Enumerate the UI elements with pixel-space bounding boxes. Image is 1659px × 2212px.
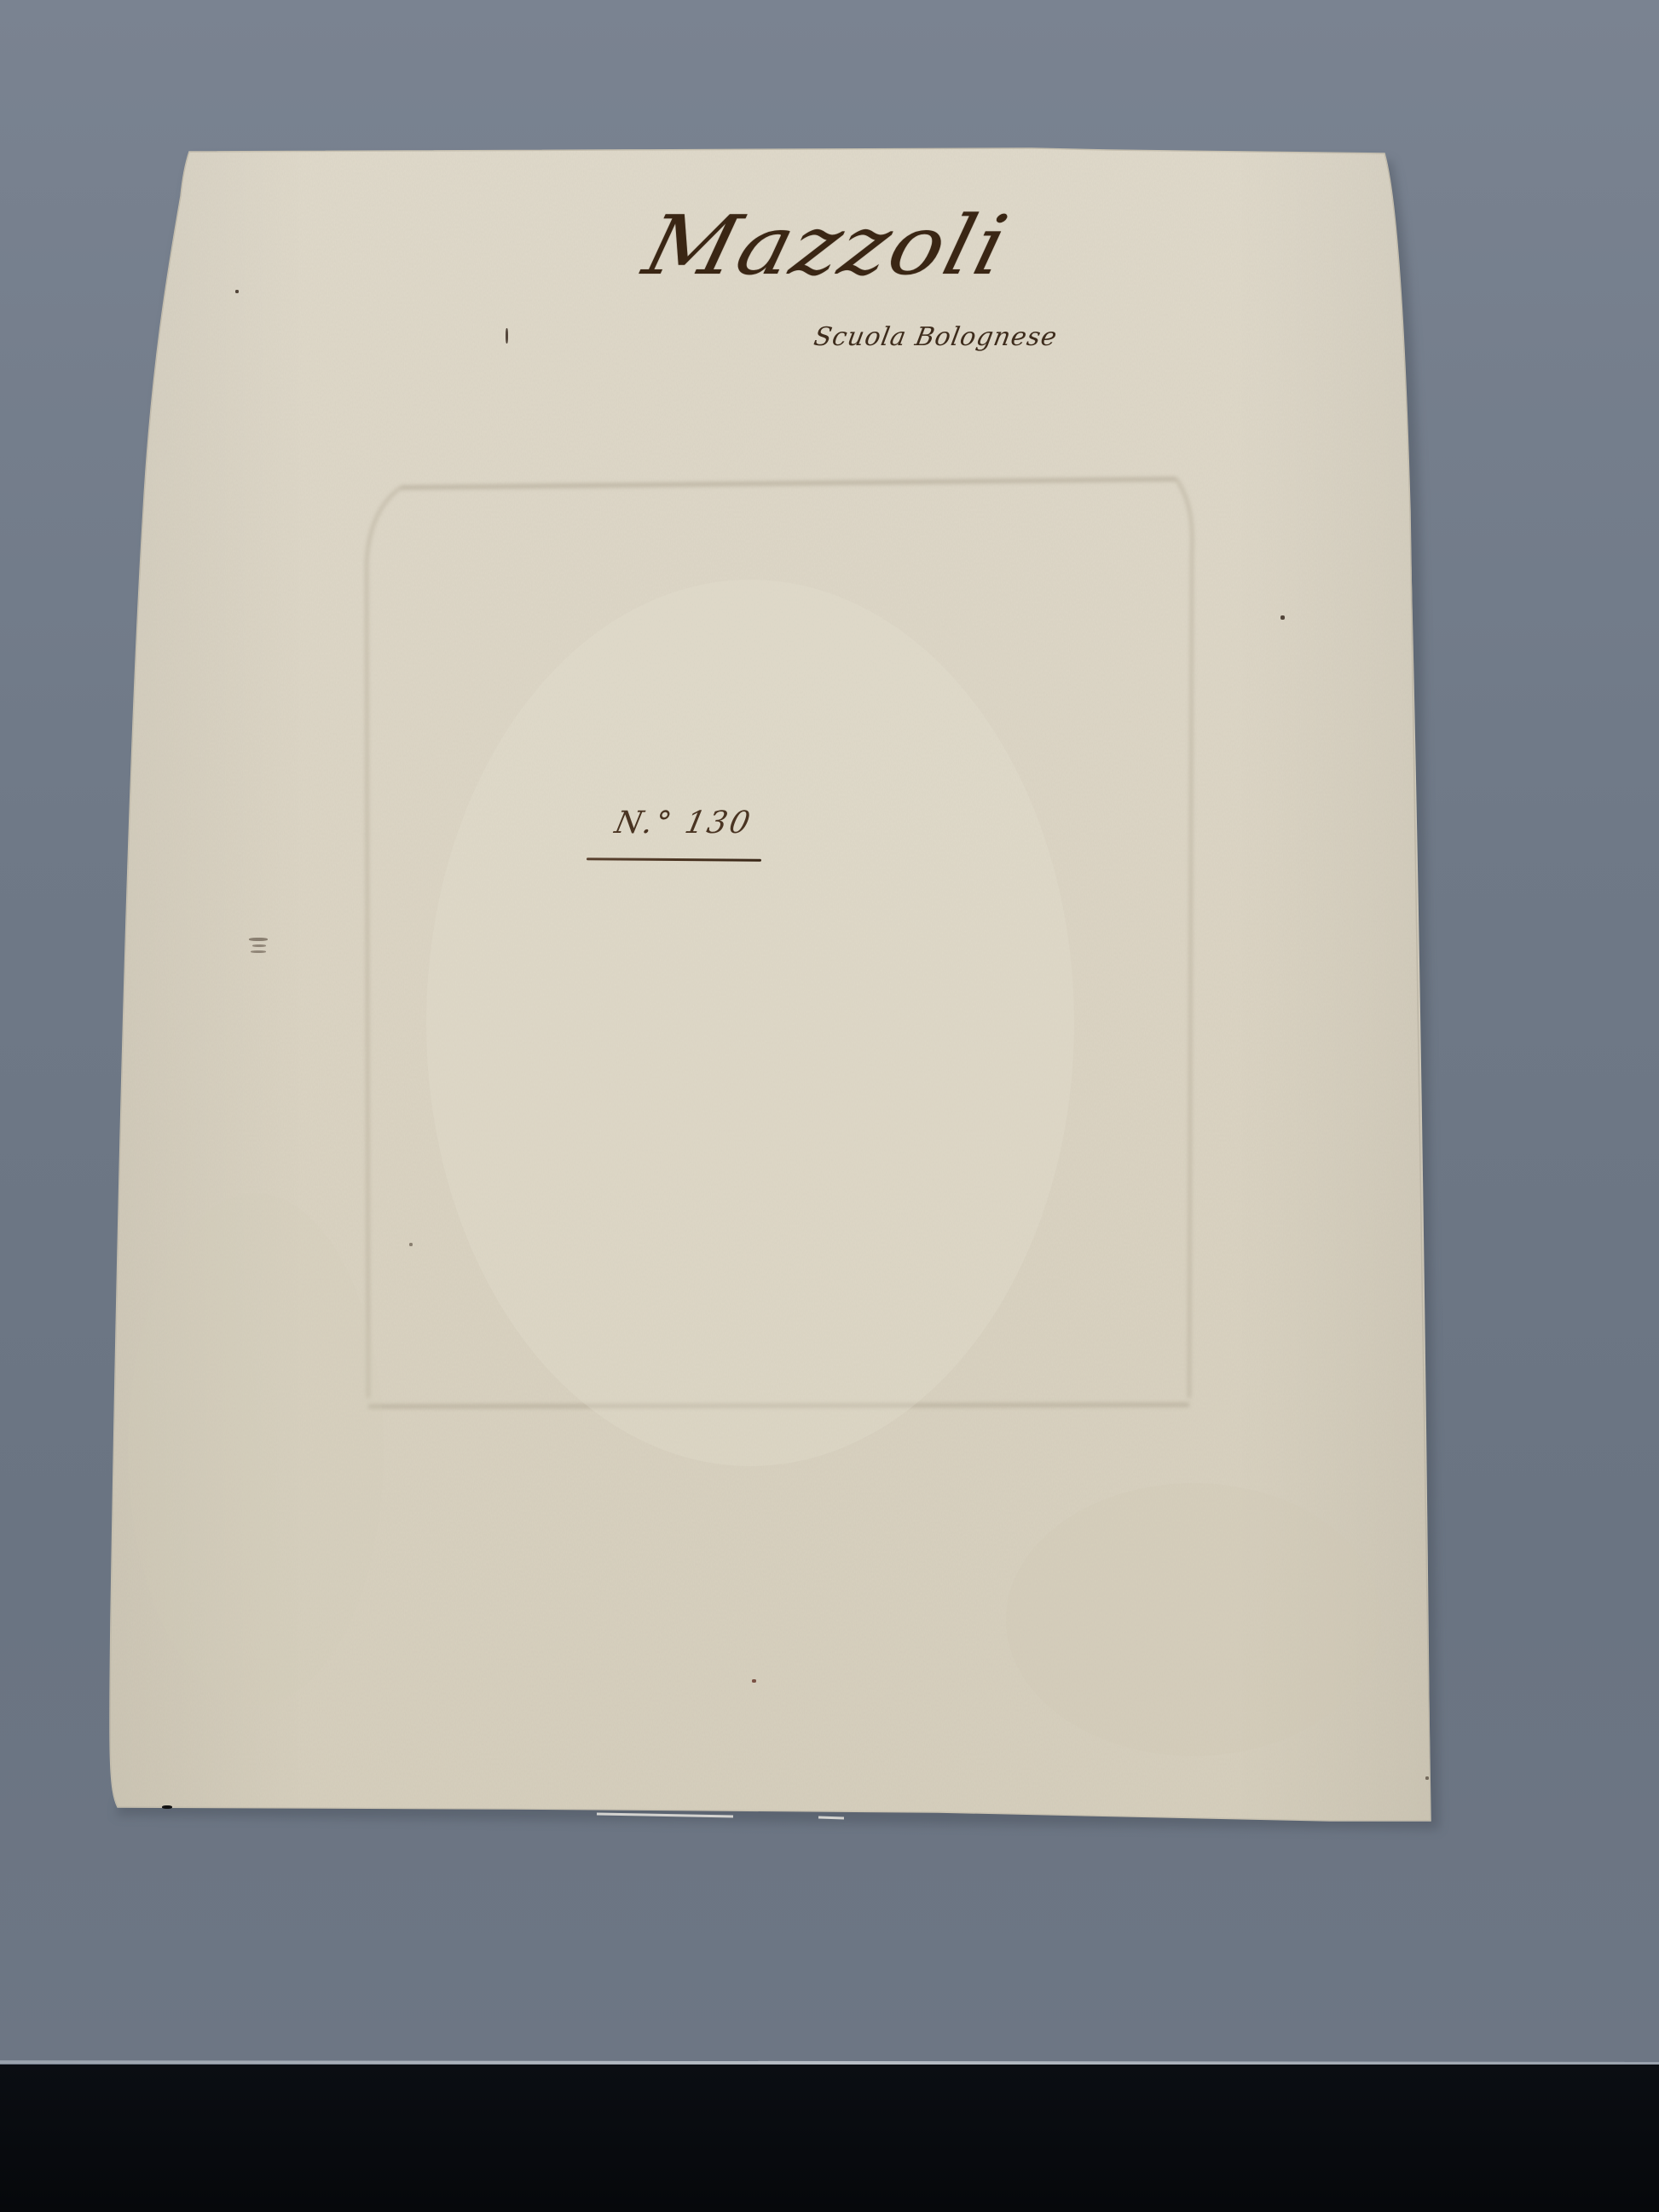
ink-speck	[752, 1679, 756, 1683]
artist-name-inscription: Mazzoli	[635, 198, 1018, 293]
ink-smudge	[251, 950, 266, 953]
ink-speck	[235, 290, 239, 293]
ink-speck	[506, 328, 508, 344]
ink-smudge	[252, 944, 266, 947]
ink-speck	[1425, 1776, 1429, 1780]
ink-speck	[409, 1243, 413, 1246]
inventory-number-inscription: N.° 130	[612, 806, 756, 840]
ink-speck	[162, 1805, 172, 1809]
ink-smudge	[249, 938, 268, 941]
school-inscription: Scuola Bolognese	[812, 322, 1060, 352]
ink-speck	[1280, 615, 1285, 620]
